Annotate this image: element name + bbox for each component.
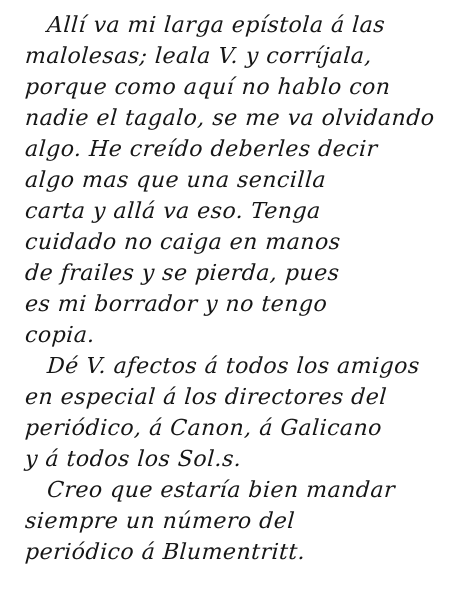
letter-line: copia. — [24, 320, 459, 351]
letter-line: es mi borrador y no tengo — [24, 289, 459, 320]
letter-line: algo. He creído deberles decir — [24, 134, 459, 165]
letter-paragraph: Allí va mi larga epístola á lasmalolesas… — [24, 10, 457, 351]
letter-line: de frailes y se pierda, pues — [24, 258, 459, 289]
letter-line: carta y allá va eso. Tenga — [24, 196, 459, 227]
letter-line: algo mas que una sencilla — [24, 165, 459, 196]
letter-line: periódico, á Canon, á Galicano — [24, 413, 459, 444]
letter-line: Creo que estaría bien mandar — [24, 475, 459, 506]
letter-line: porque como aquí no hablo con — [24, 72, 459, 103]
letter-line: Dé V. afectos á todos los amigos — [24, 351, 459, 382]
letter-page: Allí va mi larga epístola á lasmalolesas… — [0, 0, 475, 599]
letter-line: periódico á Blumentritt. — [24, 537, 459, 568]
letter-paragraph: Dé V. afectos á todos los amigosen espec… — [24, 351, 457, 475]
letter-line: siempre un número del — [24, 506, 459, 537]
letter-line: Allí va mi larga epístola á las — [24, 10, 459, 41]
letter-line: cuidado no caiga en manos — [24, 227, 459, 258]
letter-line: en especial á los directores del — [24, 382, 459, 413]
letter-body: Allí va mi larga epístola á lasmalolesas… — [24, 10, 457, 568]
letter-line: y á todos los Sol.s. — [24, 444, 459, 475]
letter-line: nadie el tagalo, se me va olvidando — [24, 103, 459, 134]
letter-line: malolesas; leala V. y corríjala, — [24, 41, 459, 72]
letter-paragraph: Creo que estaría bien mandarsiempre un n… — [24, 475, 457, 568]
